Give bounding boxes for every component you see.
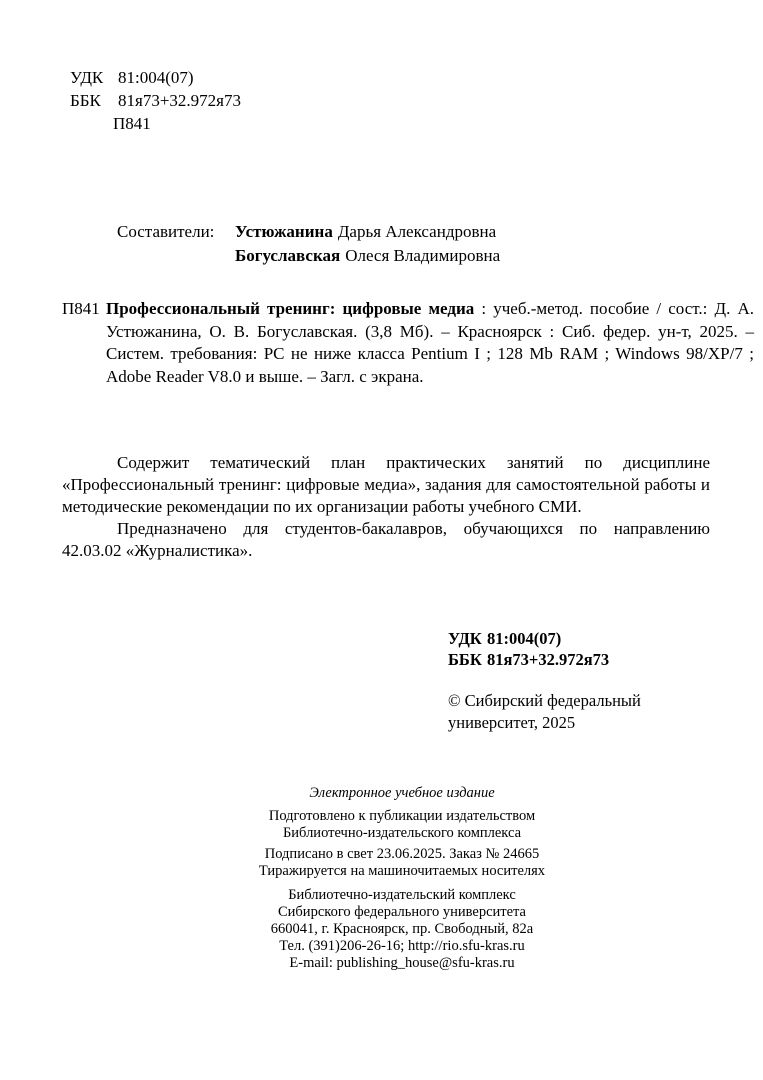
publisher-name: Библиотечно-издательский комплекс (77, 887, 727, 904)
imprint-page: УДК81:004(07) ББК81я73+32.972я73 П841 Со… (0, 0, 763, 1080)
prepared-by-block: Подготовлено к публикации издательством … (77, 808, 727, 842)
compiler-given-names: Дарья Александровна (338, 222, 496, 241)
compiler-surname: Богуславская (235, 246, 340, 265)
publisher-address: 660041, г. Красноярск, пр. Свободный, 82… (77, 921, 727, 938)
author-sign-line: П841 (70, 112, 241, 135)
compiler-given-names: Олеся Владимировна (345, 246, 500, 265)
udc-value: 81:004(07) (118, 68, 194, 87)
compiler-name: УстюжанинаДарья Александровна (235, 220, 500, 244)
bbk-value: 81я73+32.972я73 (487, 650, 609, 669)
compiler-surname: Устюжанина (235, 222, 333, 241)
edition-type: Электронное учебное издание (77, 785, 727, 802)
bbk-line: ББК81я73+32.972я73 (70, 89, 241, 112)
compiler-name: БогуславскаяОлеся Владимировна (235, 244, 500, 268)
right-classification-codes: УДК81:004(07) ББК81я73+32.972я73 (448, 628, 609, 670)
compilers-block: Составители: УстюжанинаДарья Александров… (117, 220, 500, 268)
prepared-line-1: Подготовлено к публикации издательством (77, 808, 727, 825)
udc-line: УДК81:004(07) (70, 66, 241, 89)
copyright-notice: © Сибирский федеральный университет, 202… (448, 690, 641, 734)
annotation-paragraph-2: Предназначено для студентов-бакалавров, … (62, 518, 710, 562)
print-release-block: Подписано в свет 23.06.2025. Заказ № 246… (77, 846, 727, 880)
copyright-line-2: университет, 2025 (448, 712, 641, 734)
publisher-imprint: Электронное учебное издание Подготовлено… (77, 785, 727, 972)
bbk-label: ББК (448, 649, 487, 670)
annotation-paragraph-1: Содержит тематический план практических … (62, 452, 710, 518)
bib-title: Профессиональный тренинг: цифровые медиа (106, 299, 474, 318)
udc-label: УДК (70, 66, 118, 89)
top-classification-codes: УДК81:004(07) ББК81я73+32.972я73 П841 (70, 66, 241, 135)
author-sign: П841 (113, 114, 151, 133)
udc-value: 81:004(07) (487, 629, 561, 648)
bbk-value: 81я73+32.972я73 (118, 91, 241, 110)
udc-line-bold: УДК81:004(07) (448, 628, 609, 649)
compilers-label: Составители: (117, 220, 235, 244)
bibliographic-entry: П841Профессиональный тренинг: цифровые м… (62, 298, 754, 388)
release-date-order: Подписано в свет 23.06.2025. Заказ № 246… (77, 846, 727, 863)
bib-author-sign: П841 (62, 298, 106, 321)
copyright-line-1: © Сибирский федеральный (448, 690, 641, 712)
publisher-phone-website: Тел. (391)206-26-16; http://rio.sfu-kras… (77, 938, 727, 955)
bbk-line-bold: ББК81я73+32.972я73 (448, 649, 609, 670)
compilers-names: УстюжанинаДарья Александровна Богуславск… (235, 220, 500, 268)
distribution-note: Тиражируется на машиночитаемых носителях (77, 863, 727, 880)
prepared-line-2: Библиотечно-издательского комплекса (77, 825, 727, 842)
publisher-email: E-mail: publishing_house@sfu-kras.ru (77, 955, 727, 972)
udc-label: УДК (448, 628, 487, 649)
publisher-university: Сибирского федерального университета (77, 904, 727, 921)
annotation-block: Содержит тематический план практических … (62, 452, 710, 562)
bbk-label: ББК (70, 89, 118, 112)
publisher-contact-block: Библиотечно-издательский комплекс Сибирс… (77, 887, 727, 972)
